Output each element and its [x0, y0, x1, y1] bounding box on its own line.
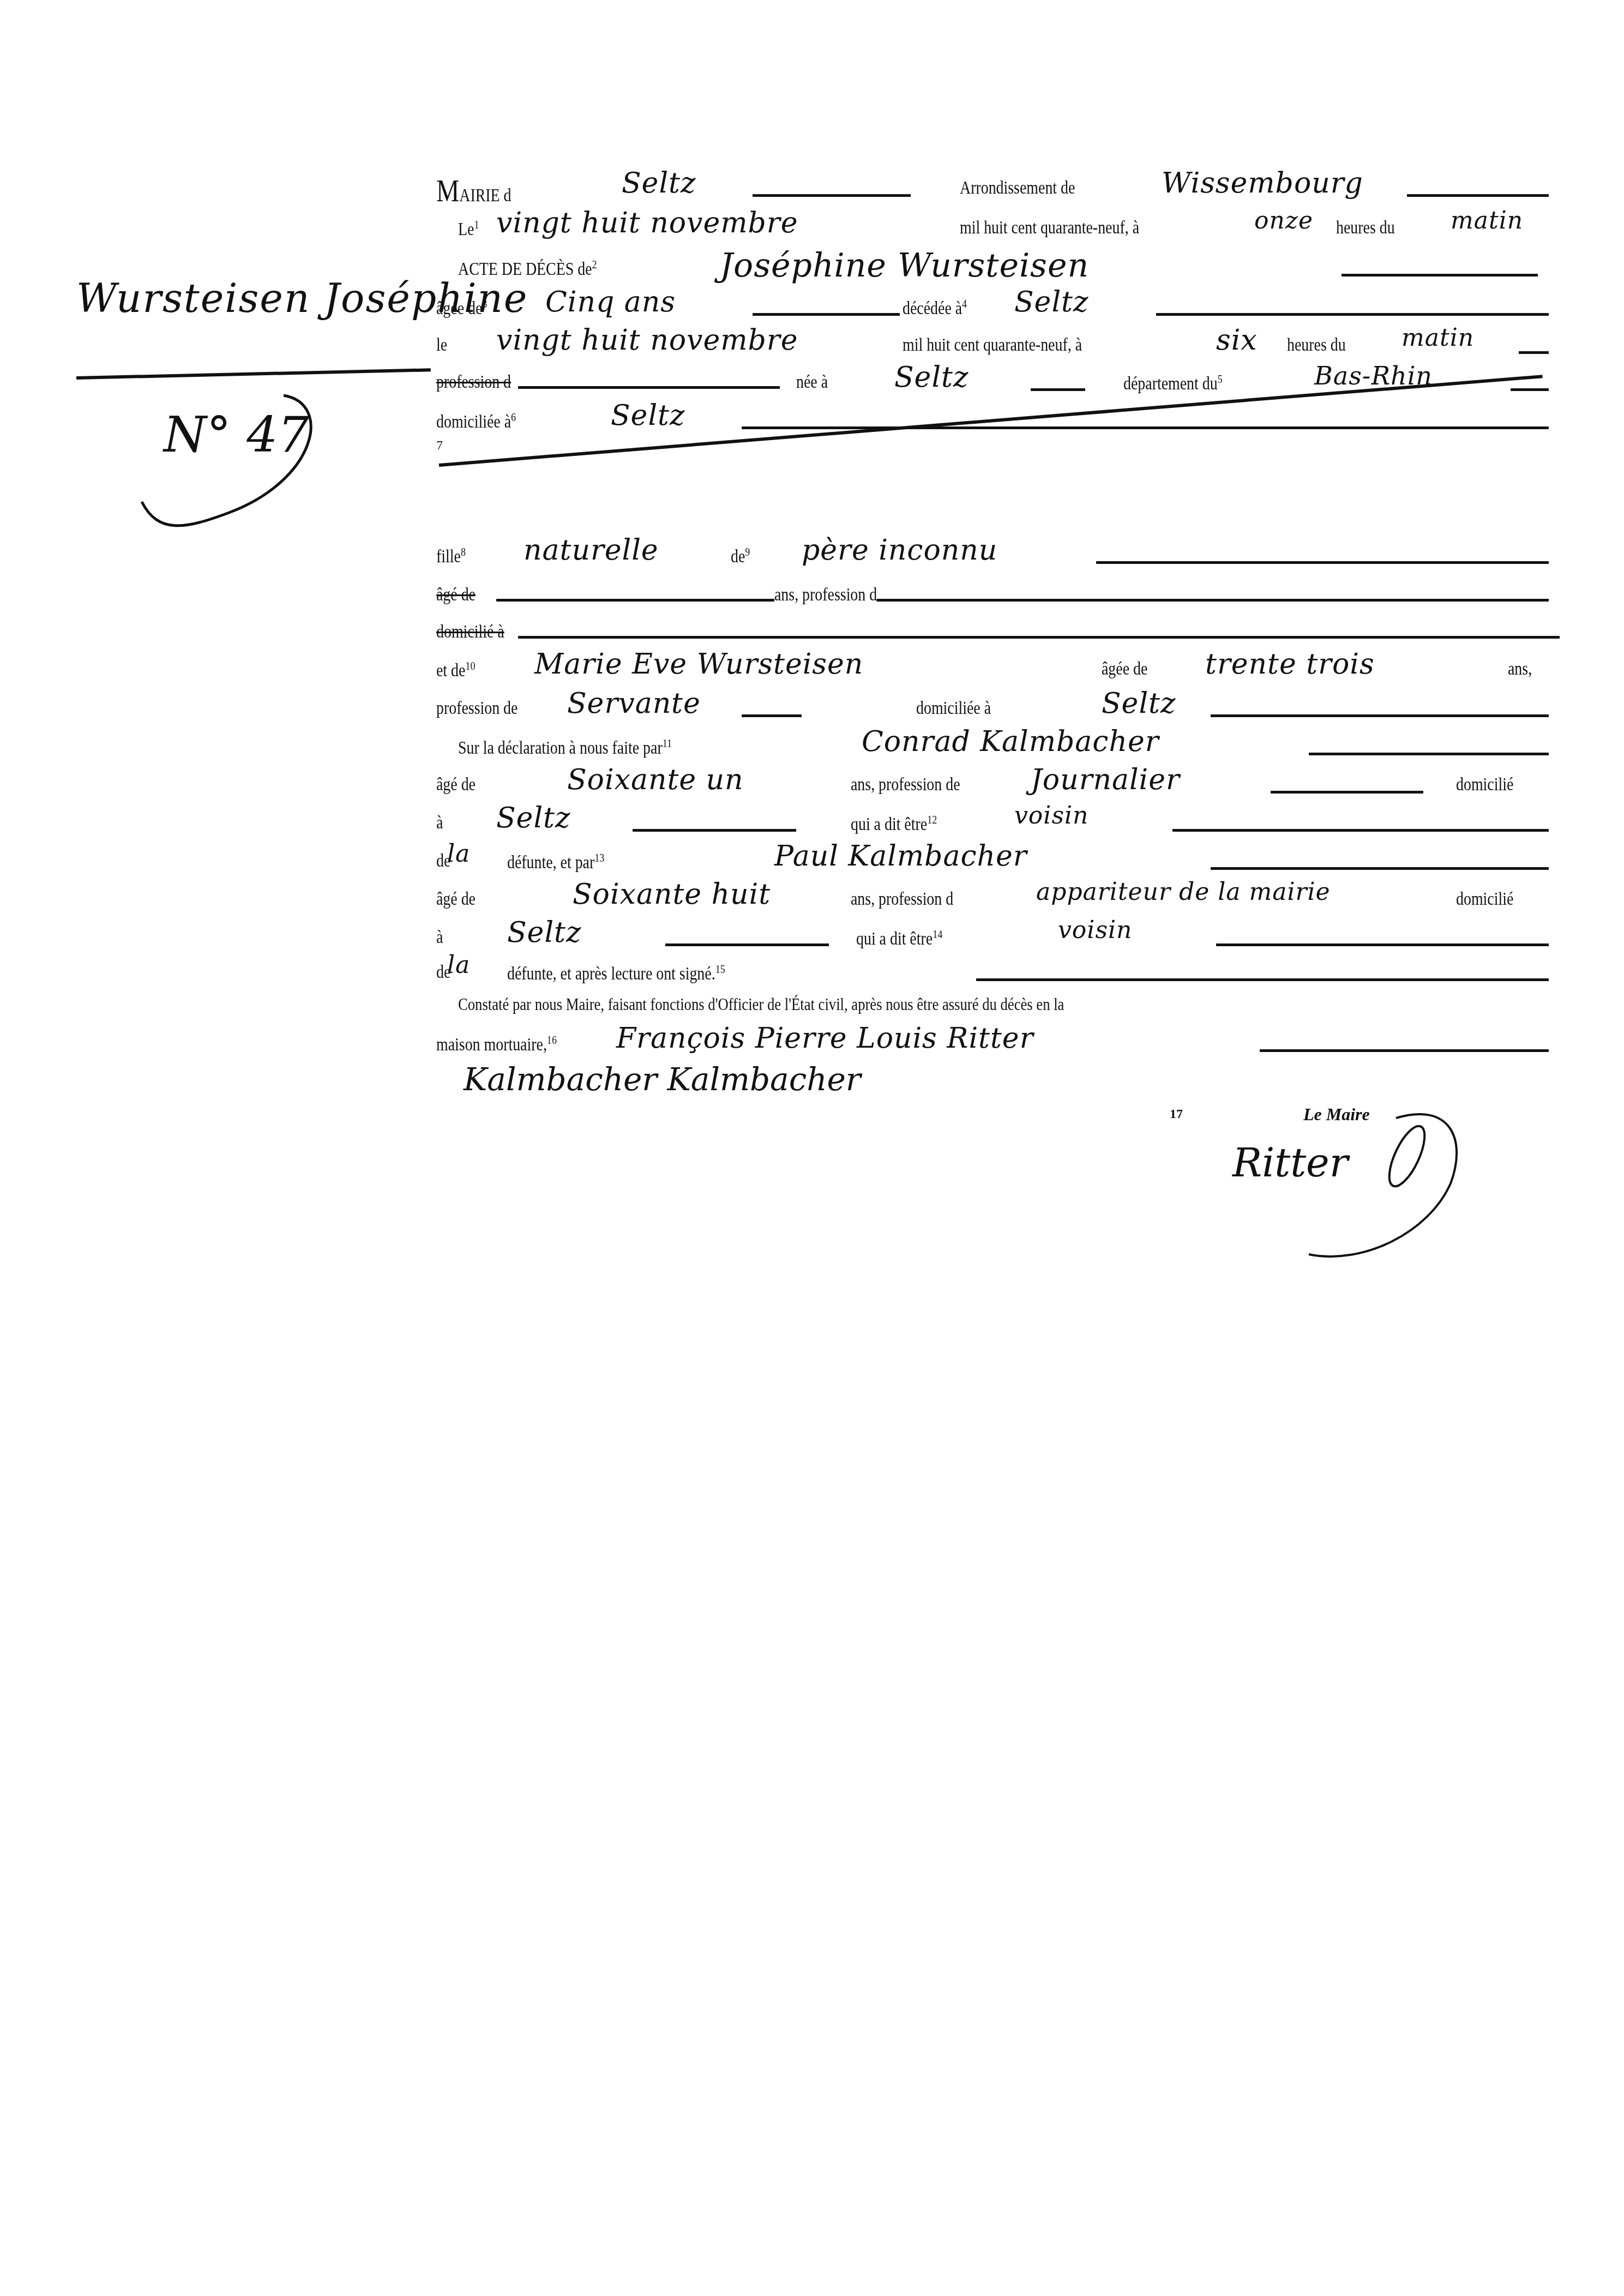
- note-17: 17: [1170, 1107, 1183, 1122]
- rule: [665, 943, 829, 946]
- rule: [1511, 388, 1549, 391]
- rule: [496, 599, 1549, 602]
- death-period: matin: [1402, 324, 1474, 352]
- rule: [1407, 194, 1549, 197]
- witness1-domicile-row: à Seltz qui a dit être12 voisin: [436, 805, 1549, 843]
- le-label: Le1: [458, 218, 479, 240]
- profession-struck: profession d: [436, 372, 511, 393]
- w1-prof-label: ans, profession de: [851, 774, 960, 795]
- heures2-label: heures du: [1287, 335, 1346, 356]
- witness2-domicile: Seltz: [507, 916, 581, 949]
- hour-value: onze: [1254, 207, 1313, 235]
- mother-name: Marie Eve Wursteisen: [534, 648, 863, 681]
- w2-de-value: la: [447, 951, 470, 979]
- witness2-age: Soixante huit: [573, 878, 771, 911]
- w1-defunt-label: défunte, et par13: [507, 851, 604, 873]
- mother-profession-row: profession de Servante domiciliée à Selt…: [436, 690, 1549, 729]
- w2-dom-label: domicilié: [1456, 889, 1513, 910]
- w1-a-label: à: [436, 813, 443, 833]
- registration-date-row: Le1 vingt huit novembre mil huit cent qu…: [436, 210, 1549, 248]
- arrondissement-label: Arrondissement de: [960, 178, 1075, 199]
- mother-age: trente trois: [1205, 648, 1375, 681]
- maire-name: François Pierre Louis Ritter: [616, 1022, 1034, 1055]
- rule: [1096, 561, 1549, 564]
- rule: [976, 978, 1549, 981]
- rule: [1309, 753, 1549, 755]
- rule: [518, 386, 780, 389]
- father-value: père inconnu: [802, 534, 997, 567]
- rule: [1211, 867, 1549, 870]
- death-place: Seltz: [1014, 286, 1088, 318]
- mother-row: et de10 Marie Eve Wursteisen âgée de tre…: [436, 651, 1549, 689]
- father-dom-row: domicilié à: [436, 614, 1549, 652]
- rule: [1216, 943, 1549, 946]
- witness1-age: Soixante un: [567, 764, 744, 796]
- mother-dom-label: domiciliée à: [916, 698, 991, 719]
- mother-prof-label: profession de: [436, 698, 518, 719]
- rule: [1211, 714, 1549, 717]
- constate-row: Constaté par nous Maire, faisant fonctio…: [436, 987, 1549, 1025]
- father-age-row: âgé de ans, profession d: [436, 577, 1549, 615]
- rule: [1260, 1049, 1549, 1052]
- rule: [633, 829, 796, 832]
- w1-dom-label: domicilié: [1456, 774, 1513, 795]
- acte-number-mark: N° 47: [120, 393, 349, 534]
- decede-label: décédée à4: [903, 297, 967, 319]
- w2-prof-label: ans, profession d: [851, 889, 953, 910]
- rule: [518, 636, 1560, 639]
- witness1-domicile: Seltz: [496, 802, 570, 834]
- mother-age-label: âgée de: [1102, 659, 1147, 680]
- declaration-label: Sur la déclaration à nous faite par11: [458, 736, 672, 759]
- rule: [742, 714, 802, 717]
- mother-profession: Servante: [567, 687, 701, 720]
- ne-label: née à: [796, 372, 828, 393]
- mairie-label: MAIRIE d: [436, 172, 512, 209]
- witness2-relation: voisin: [1058, 916, 1132, 944]
- filiation-row: fille8 naturelle de9 père inconnu: [436, 537, 1549, 575]
- ans-label: ans,: [1508, 659, 1532, 680]
- heures-label: heures du: [1336, 218, 1395, 238]
- domicile-label: domiciliée à6: [436, 410, 516, 432]
- registration-date: vingt huit novembre: [496, 207, 798, 239]
- age-value: Cinq ans: [545, 286, 676, 318]
- father-prof-struck: ans, profession d: [774, 585, 877, 605]
- birth-row: profession d née à Seltz département du5…: [436, 364, 1549, 402]
- witness2-row: de la défunte, et par13 Paul Kalmbacher: [436, 843, 1549, 881]
- mairie-value: Seltz: [622, 167, 696, 200]
- witness2-age-row: âgé de Soixante huit ans, profession d a…: [436, 881, 1549, 919]
- et-de-label: et de10: [436, 659, 475, 681]
- rule: [753, 194, 911, 197]
- w2-a-label: à: [436, 927, 443, 948]
- signature-flourish-icon: [1298, 1107, 1527, 1271]
- witness-signatures: Kalmbacher Kalmbacher: [464, 1061, 861, 1098]
- w2-dit-label: qui a dit être14: [856, 927, 942, 949]
- mairie-row: MAIRIE d Seltz Arrondissement de Wissemb…: [436, 170, 1549, 208]
- filiation-value: naturelle: [524, 534, 659, 567]
- witness1-name: Conrad Kalmbacher: [862, 725, 1159, 758]
- maison-label: maison mortuaire,16: [436, 1033, 557, 1055]
- w1-de-value: la: [447, 840, 470, 868]
- rule: [1156, 313, 1549, 316]
- rule: [742, 426, 1549, 429]
- departement-label: département du5: [1123, 372, 1223, 394]
- rule: [1271, 791, 1423, 794]
- rule: [1519, 351, 1549, 354]
- witness2-profession: appariteur de la mairie: [1036, 878, 1331, 906]
- witness1-profession: Journalier: [1031, 764, 1180, 796]
- rule: [753, 313, 900, 316]
- de-label: de9: [731, 545, 750, 567]
- note-7: 7: [436, 438, 443, 453]
- w2-age-label: âgé de: [436, 889, 476, 910]
- rule: [1031, 388, 1085, 391]
- mother-domicile: Seltz: [1102, 687, 1176, 720]
- maison-row: maison mortuaire,16 François Pierre Loui…: [436, 1025, 1549, 1063]
- death-hour: six: [1216, 324, 1258, 357]
- father-dom-struck: domicilié à: [436, 622, 504, 642]
- arrondissement-value: Wissembourg: [1162, 167, 1363, 200]
- year-text: mil huit cent quarante-neuf, à: [960, 218, 1139, 238]
- witness1-age-row: âgé de Soixante un ans, profession de Jo…: [436, 767, 1549, 805]
- witness2-name: Paul Kalmbacher: [774, 840, 1027, 873]
- death-date: vingt huit novembre: [496, 324, 798, 357]
- rule: [1342, 274, 1538, 277]
- deceased-name: Joséphine Wursteisen: [720, 247, 1089, 285]
- lecture-label: défunte, et après lecture ont signé.15: [507, 962, 725, 984]
- le2-label: le: [436, 335, 447, 356]
- age-label: âgée de3: [436, 297, 487, 319]
- death-date-row: le vingt huit novembre mil huit cent qua…: [436, 327, 1549, 365]
- witness1-relation: voisin: [1014, 802, 1088, 830]
- period-value: matin: [1451, 207, 1523, 235]
- declaration-row: Sur la déclaration à nous faite par11 Co…: [436, 729, 1549, 767]
- year-text-2: mil huit cent quarante-neuf, à: [903, 335, 1082, 356]
- witness2-domicile-row: à Seltz qui a dit être14 voisin: [436, 919, 1549, 958]
- constate-label: Constaté par nous Maire, faisant fonctio…: [458, 995, 1064, 1014]
- birth-place: Seltz: [894, 361, 969, 394]
- acte-label: ACTE DE DÉCÈS de2: [458, 257, 597, 280]
- father-age-struck: âgé de: [436, 585, 476, 605]
- rule: [1172, 829, 1549, 832]
- acte-number: N° 47: [164, 406, 309, 464]
- death-certificate-page: Wursteisen Joséphine N° 47 MAIRIE d Selt…: [0, 0, 1624, 2296]
- w1-age-label: âgé de: [436, 774, 476, 795]
- domicile-value: Seltz: [611, 399, 685, 432]
- margin-divider: [76, 368, 431, 380]
- fils-label: fille8: [436, 545, 466, 567]
- acte-row: ACTE DE DÉCÈS de2 Joséphine Wursteisen: [436, 250, 1549, 288]
- w1-dit-label: qui a dit être12: [851, 813, 937, 835]
- age-row: âgée de3 Cinq ans décédée à4 Seltz: [436, 289, 1549, 327]
